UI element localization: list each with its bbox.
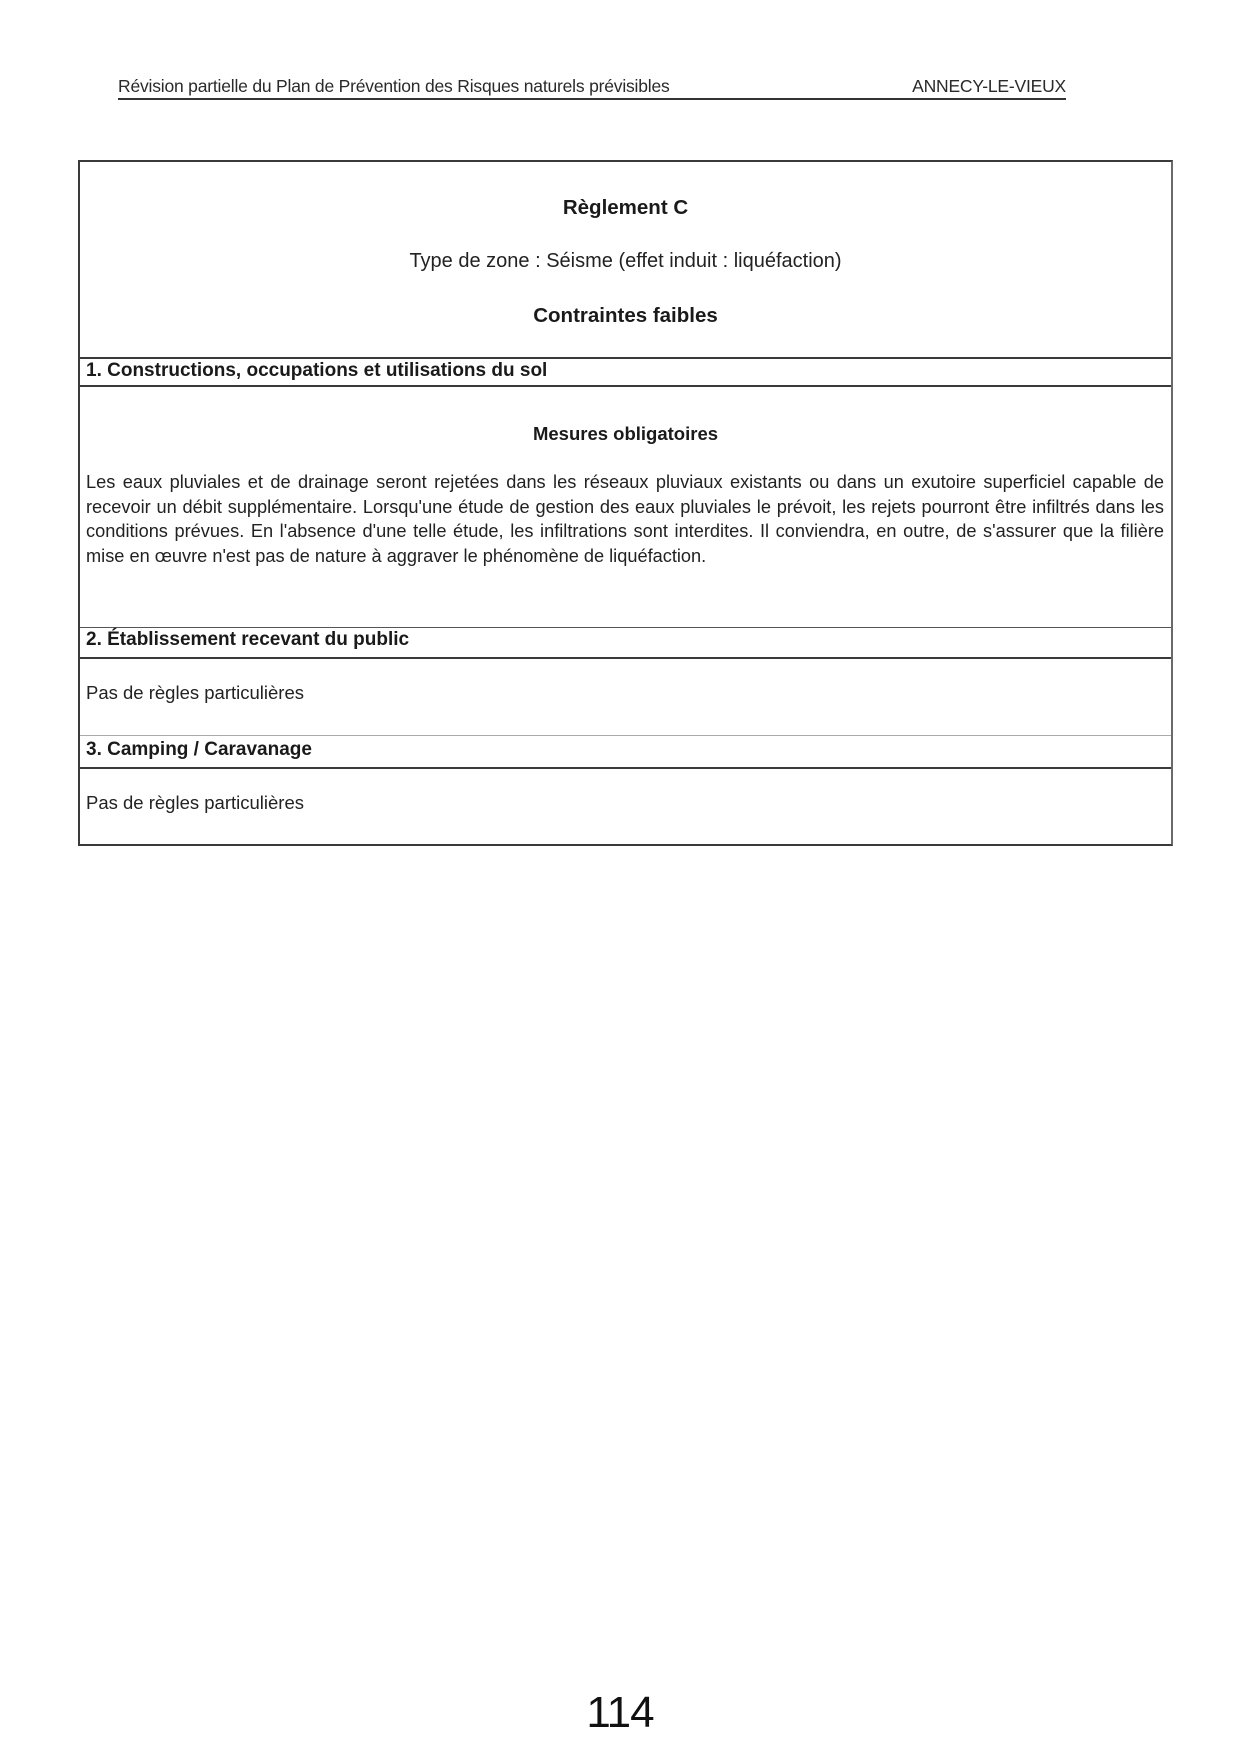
page-number: 114	[0, 1688, 1240, 1738]
section-heading-public-establishments: 2. Établissement recevant du public	[80, 627, 1171, 659]
commune-name: ANNECY-LE-VIEUX	[912, 76, 1066, 97]
regulation-table: Règlement C Type de zone : Séisme (effet…	[78, 160, 1173, 846]
mandatory-measures-text: Les eaux pluviales et de drainage seront…	[86, 470, 1164, 568]
public-establishments-text: Pas de règles particulières	[86, 682, 304, 704]
section-heading-constructions: 1. Constructions, occupations et utilisa…	[80, 357, 1171, 387]
section-heading-camping: 3. Camping / Caravanage	[80, 735, 1171, 769]
section-body-public-establishments: Pas de règles particulières	[80, 659, 1171, 735]
mandatory-measures-heading: Mesures obligatoires	[80, 423, 1171, 445]
zone-type: Type de zone : Séisme (effet induit : li…	[80, 250, 1171, 273]
camping-text: Pas de règles particulières	[86, 792, 304, 814]
document-title: Révision partielle du Plan de Prévention…	[118, 76, 670, 97]
section-body-constructions: Mesures obligatoires Les eaux pluviales …	[80, 387, 1171, 627]
running-header: Révision partielle du Plan de Prévention…	[118, 74, 1066, 100]
section-body-camping: Pas de règles particulières	[80, 769, 1171, 846]
constraint-level: Contraintes faibles	[80, 304, 1171, 328]
regulation-title-block: Règlement C Type de zone : Séisme (effet…	[80, 162, 1171, 359]
regulation-title: Règlement C	[80, 196, 1171, 220]
